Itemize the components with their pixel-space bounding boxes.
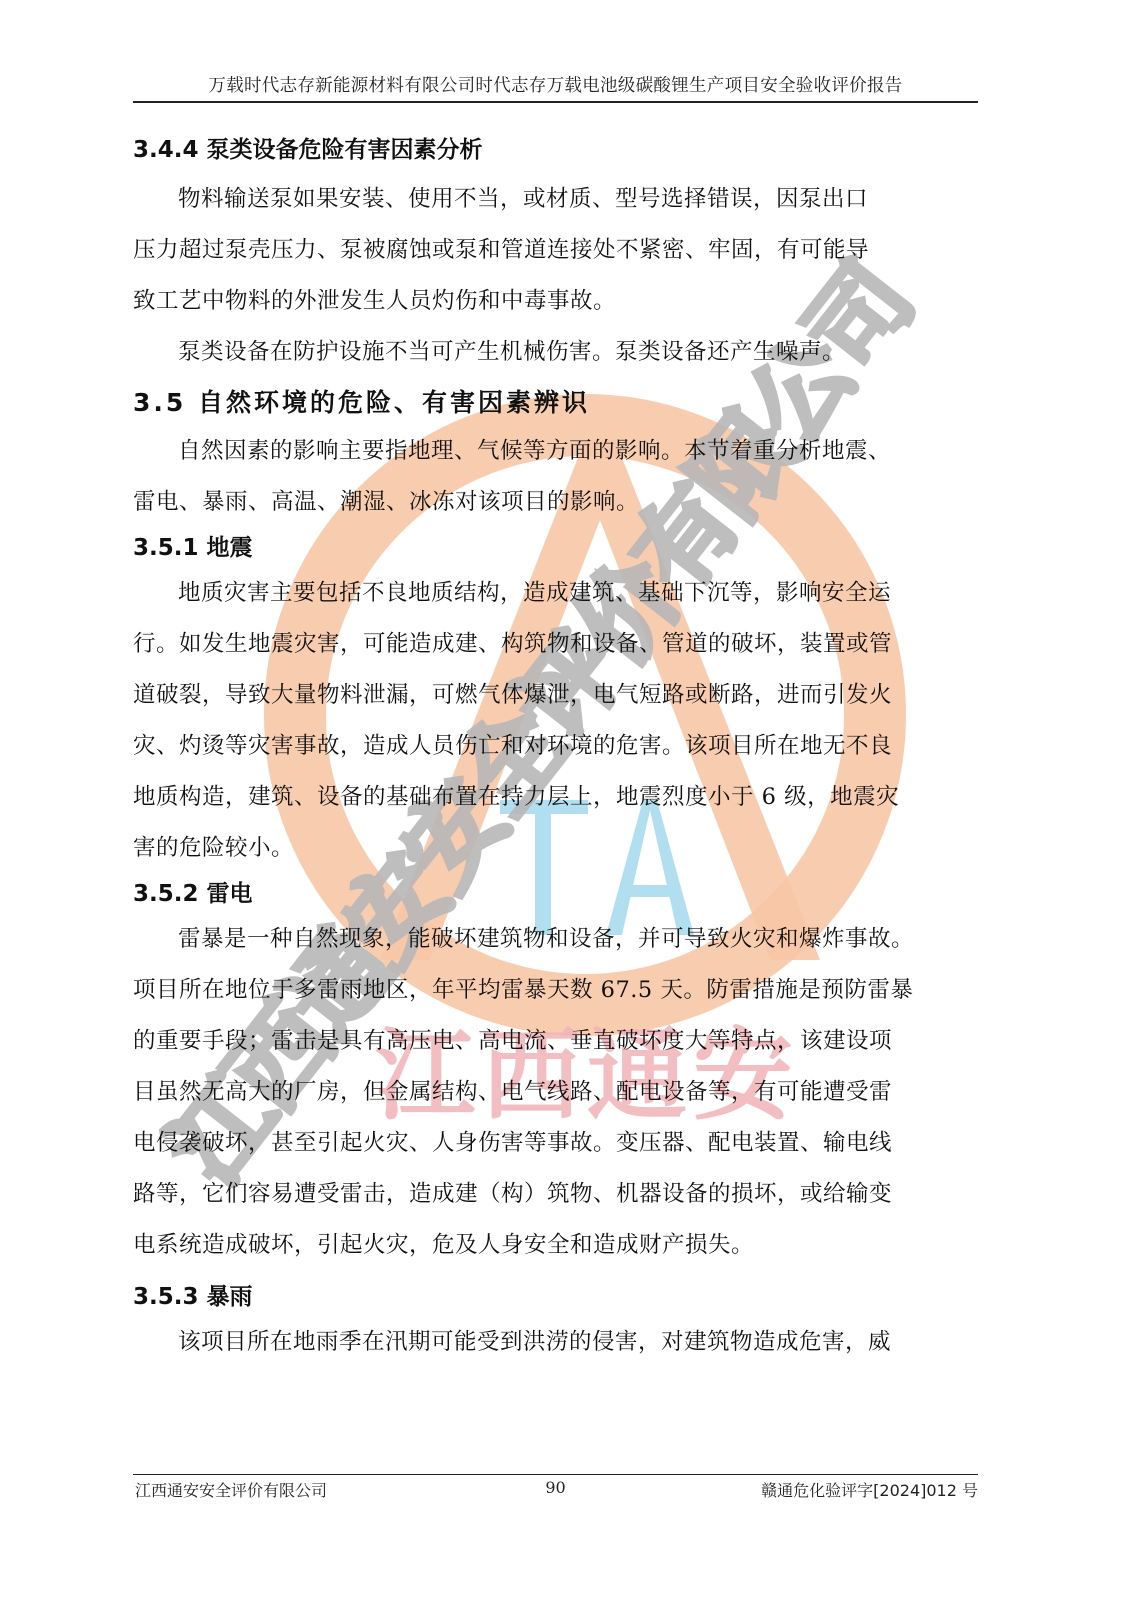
text-line: 物料输送泵如果安装、使用不当，或材质、型号选择错误，因泵出口	[133, 174, 978, 225]
text-line: 目虽然无高大的厂房，但金属结构、电气线路、配电设备等，有可能遭受雷	[133, 1067, 978, 1118]
section-heading-3-5: 3.5 自然环境的危险、有害因素辨识	[133, 380, 978, 426]
text-line: 路等，它们容易遭受雷击，造成建（构）筑物、机器设备的损坏，或给输变	[133, 1169, 978, 1220]
text-line: 压力超过泵壳压力、泵被腐蚀或泵和管道连接处不紧密、牢固，有可能导	[133, 225, 978, 276]
section-heading-3-5-2: 3.5.2 雷电	[133, 874, 978, 914]
text-line: 自然因素的影响主要指地理、气候等方面的影响。本节着重分析地震、	[133, 426, 978, 477]
section-heading-3-4-4: 3.4.4 泵类设备危险有害因素分析	[133, 130, 978, 174]
text-line: 的重要手段；雷击是具有高压电、高电流、垂直破坏度大等特点，该建设项	[133, 1016, 978, 1067]
text-line: 行。如发生地震灾害，可能造成建、构筑物和设备、管道的破坏，装置或管	[133, 619, 978, 670]
text-line: 雷暴是一种自然现象，能破坏建筑物和设备，并可导致火灾和爆炸事故。	[133, 914, 978, 965]
text-line: 害的危险较小。	[133, 823, 978, 874]
text-line: 地质灾害主要包括不良地质结构，造成建筑、基础下沉等，影响安全运	[133, 568, 978, 619]
paragraph: 自然因素的影响主要指地理、气候等方面的影响。本节着重分析地震、 雷电、暴雨、高温…	[133, 426, 978, 528]
paragraph: 地质灾害主要包括不良地质结构，造成建筑、基础下沉等，影响安全运 行。如发生地震灾…	[133, 568, 978, 874]
header-rule	[133, 101, 978, 103]
document-code: 赣通危化验评字[2024]012 号	[761, 1478, 978, 1501]
text-line: 电系统造成破坏，引起火灾，危及人身安全和造成财产损失。	[133, 1220, 978, 1271]
text-line: 道破裂，导致大量物料泄漏，可燃气体爆泄，电气短路或断路，进而引发火	[133, 670, 978, 721]
running-footer: 江西通安安全评价有限公司 90 赣通危化验评字[2024]012 号	[133, 1478, 978, 1502]
paragraph: 雷暴是一种自然现象，能破坏建筑物和设备，并可导致火灾和爆炸事故。 项目所在地位于…	[133, 914, 978, 1271]
document-page: 万载时代志存新能源材料有限公司时代志存万载电池级碳酸锂生产项目安全验收评价报告 …	[0, 0, 1131, 1600]
paragraph: 该项目所在地雨季在汛期可能受到洪涝的侵害，对建筑物造成危害，威	[133, 1317, 978, 1368]
text-line: 项目所在地位于多雷雨地区，年平均雷暴天数 67.5 天。防雷措施是预防雷暴	[133, 965, 978, 1016]
text-line: 灾、灼烫等灾害事故，造成人员伤亡和对环境的危害。该项目所在地无不良	[133, 721, 978, 772]
text-line: 致工艺中物料的外泄发生人员灼伤和中毒事故。	[133, 276, 978, 327]
paragraph: 物料输送泵如果安装、使用不当，或材质、型号选择错误，因泵出口 压力超过泵壳压力、…	[133, 174, 978, 327]
section-heading-3-5-3: 3.5.3 暴雨	[133, 1277, 978, 1317]
document-body: 3.4.4 泵类设备危险有害因素分析 物料输送泵如果安装、使用不当，或材质、型号…	[133, 130, 978, 1368]
text-line: 泵类设备在防护设施不当可产生机械伤害。泵类设备还产生噪声。	[133, 327, 978, 378]
footer-rule	[133, 1474, 978, 1475]
text-line: 电侵袭破坏，甚至引起火灾、人身伤害等事故。变压器、配电装置、输电线	[133, 1118, 978, 1169]
text-line: 雷电、暴雨、高温、潮湿、冰冻对该项目的影响。	[133, 477, 978, 528]
text-line: 该项目所在地雨季在汛期可能受到洪涝的侵害，对建筑物造成危害，威	[133, 1317, 978, 1368]
section-heading-3-5-1: 3.5.1 地震	[133, 528, 978, 568]
paragraph: 泵类设备在防护设施不当可产生机械伤害。泵类设备还产生噪声。	[133, 327, 978, 378]
text-line: 地质构造，建筑、设备的基础布置在持力层上，地震烈度小于 6 级，地震灾	[133, 772, 978, 823]
running-header: 万载时代志存新能源材料有限公司时代志存万载电池级碳酸锂生产项目安全验收评价报告	[133, 72, 978, 97]
